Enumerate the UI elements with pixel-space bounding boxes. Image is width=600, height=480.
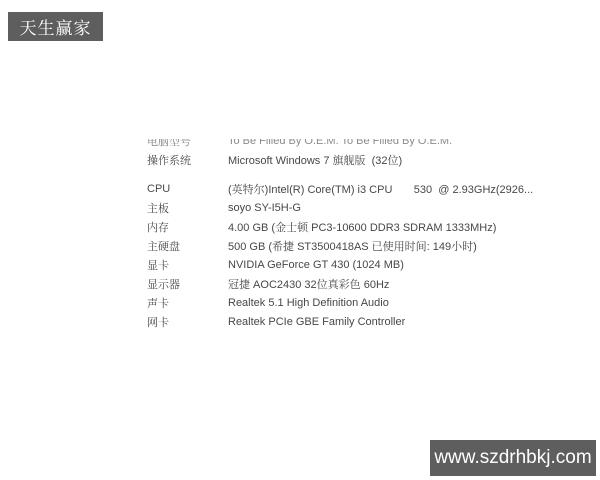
spec-row-monitor: 显示器 冠捷 AOC2430 32位真彩色 60Hz [147, 274, 577, 293]
hardware-spec-table: 电脑型号 To Be Filled By O.E.M. To Be Filled… [147, 139, 577, 331]
spec-row-motherboard: 主板 soyo SY-I5H-G [147, 198, 577, 217]
hardware-spec-table-body: 电脑型号 To Be Filled By O.E.M. To Be Filled… [147, 139, 577, 331]
spec-row-network-card: 网卡 Realtek PCIe GBE Family Controller [147, 312, 577, 331]
spec-label: 操作系统 [147, 152, 228, 168]
spec-value: soyo SY-I5H-G [228, 202, 301, 214]
spec-label: 显卡 [147, 257, 228, 273]
spec-value: NVIDIA GeForce GT 430 (1024 MB) [228, 259, 404, 271]
spec-value: Realtek 5.1 High Definition Audio [228, 297, 389, 309]
spec-row-sound-card: 声卡 Realtek 5.1 High Definition Audio [147, 293, 577, 312]
spec-value: Realtek PCIe GBE Family Controller [228, 316, 405, 328]
spec-label: 声卡 [147, 295, 228, 311]
watermark-bottom-right-text: www.szdrhbkj.com [434, 447, 591, 469]
spec-value: Microsoft Windows 7 旗舰版 (32位) [228, 152, 402, 168]
spec-label: 主板 [147, 200, 228, 216]
spec-row-main-hard-disk: 主硬盘 500 GB (希捷 ST3500418AS 已使用时间: 149小时) [147, 236, 577, 255]
spec-label: 网卡 [147, 314, 228, 330]
spec-label: CPU [147, 183, 228, 195]
page: 天生赢家 电脑型号 To Be Filled By O.E.M. To Be F… [0, 0, 600, 480]
spec-value: 4.00 GB (金士顿 PC3-10600 DDR3 SDRAM 1333MH… [228, 219, 496, 235]
spec-row-computer-model: 电脑型号 To Be Filled By O.E.M. To Be Filled… [147, 139, 577, 150]
spec-label: 电脑型号 [147, 139, 228, 149]
watermark-bottom-right: www.szdrhbkj.com [430, 440, 596, 476]
spec-value: 冠捷 AOC2430 32位真彩色 60Hz [228, 276, 389, 292]
spec-label: 主硬盘 [147, 238, 228, 254]
spec-row-cpu: CPU (英特尔)Intel(R) Core(TM) i3 CPU 530 @ … [147, 179, 577, 198]
spec-row-operating-system: 操作系统 Microsoft Windows 7 旗舰版 (32位) [147, 150, 577, 169]
spec-row-graphics-card: 显卡 NVIDIA GeForce GT 430 (1024 MB) [147, 255, 577, 274]
spec-value: To Be Filled By O.E.M. To Be Filled By O… [228, 139, 452, 147]
spec-value: (英特尔)Intel(R) Core(TM) i3 CPU 530 @ 2.93… [228, 181, 533, 197]
spec-row-memory: 内存 4.00 GB (金士顿 PC3-10600 DDR3 SDRAM 133… [147, 217, 577, 236]
watermark-top-left: 天生赢家 [8, 12, 103, 41]
spec-value: 500 GB (希捷 ST3500418AS 已使用时间: 149小时) [228, 238, 477, 254]
watermark-top-left-text: 天生赢家 [20, 14, 92, 39]
spec-label: 内存 [147, 219, 228, 235]
spec-label: 显示器 [147, 276, 228, 292]
